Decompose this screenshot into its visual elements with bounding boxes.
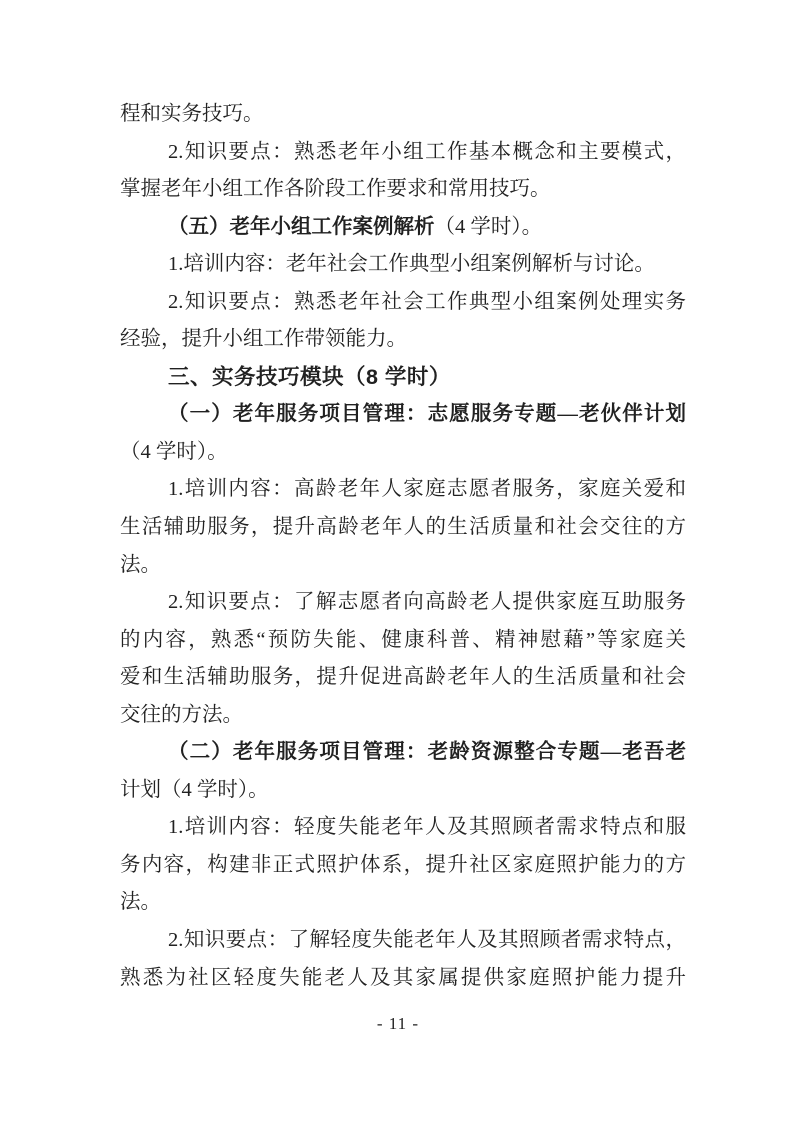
text-line: 1.培训内容：高龄老年人家庭志愿者服务，家庭关爱和 bbox=[120, 471, 686, 509]
text-line: 法。 bbox=[120, 884, 686, 922]
text-line: 2.知识要点：熟悉老年小组工作基本概念和主要模式， bbox=[120, 134, 686, 172]
text-line: 生活辅助服务，提升高龄老年人的生活质量和社会交往的方 bbox=[120, 509, 686, 547]
section-subheading: （五）老年小组工作案例解析（4 学时）。 bbox=[120, 209, 686, 247]
text-line: 程和实务技巧。 bbox=[120, 96, 686, 134]
text-line: 交往的方法。 bbox=[120, 697, 686, 735]
text-line: 熟悉为社区轻度失能老人及其家属提供家庭照护能力提升 bbox=[120, 960, 686, 998]
text-line: 法。 bbox=[120, 547, 686, 585]
text-line: 经验，提升小组工作带领能力。 bbox=[120, 321, 686, 359]
section-subheading: （二）老年服务项目管理：老龄资源整合专题—老吾老 bbox=[120, 734, 686, 772]
text-line: 1.培训内容：老年社会工作典型小组案例解析与讨论。 bbox=[120, 246, 686, 284]
text-line: 的内容，熟悉“预防失能、健康科普、精神慰藉”等家庭关 bbox=[120, 622, 686, 660]
text-line: 2.知识要点：了解轻度失能老年人及其照顾者需求特点， bbox=[120, 922, 686, 960]
text-line: 爱和生活辅助服务，提升促进高龄老年人的生活质量和社会 bbox=[120, 659, 686, 697]
section-subheading: （一）老年服务项目管理：志愿服务专题—老伙伴计划 bbox=[120, 396, 686, 434]
page-number: - 11 - bbox=[0, 1012, 796, 1036]
text-line: （4 学时）。 bbox=[120, 434, 686, 472]
text-line: 务内容，构建非正式照护体系，提升社区家庭照护能力的方 bbox=[120, 847, 686, 885]
text-line: 掌握老年小组工作各阶段工作要求和常用技巧。 bbox=[120, 171, 686, 209]
text-line: 计划（4 学时）。 bbox=[120, 772, 686, 810]
text-line: 1.培训内容：轻度失能老年人及其照顾者需求特点和服 bbox=[120, 809, 686, 847]
document-page: 程和实务技巧。 2.知识要点：熟悉老年小组工作基本概念和主要模式， 掌握老年小组… bbox=[0, 0, 796, 1122]
subheading-title: （五）老年小组工作案例解析 bbox=[168, 216, 435, 238]
module-heading: 三、实务技巧模块（8 学时） bbox=[120, 359, 686, 397]
text-line: 2.知识要点：了解志愿者向高龄老人提供家庭互助服务 bbox=[120, 584, 686, 622]
text-line: 2.知识要点：熟悉老年社会工作典型小组案例处理实务 bbox=[120, 284, 686, 322]
document-body: 程和实务技巧。 2.知识要点：熟悉老年小组工作基本概念和主要模式， 掌握老年小组… bbox=[120, 96, 686, 997]
subheading-hours: （4 学时）。 bbox=[435, 216, 543, 238]
